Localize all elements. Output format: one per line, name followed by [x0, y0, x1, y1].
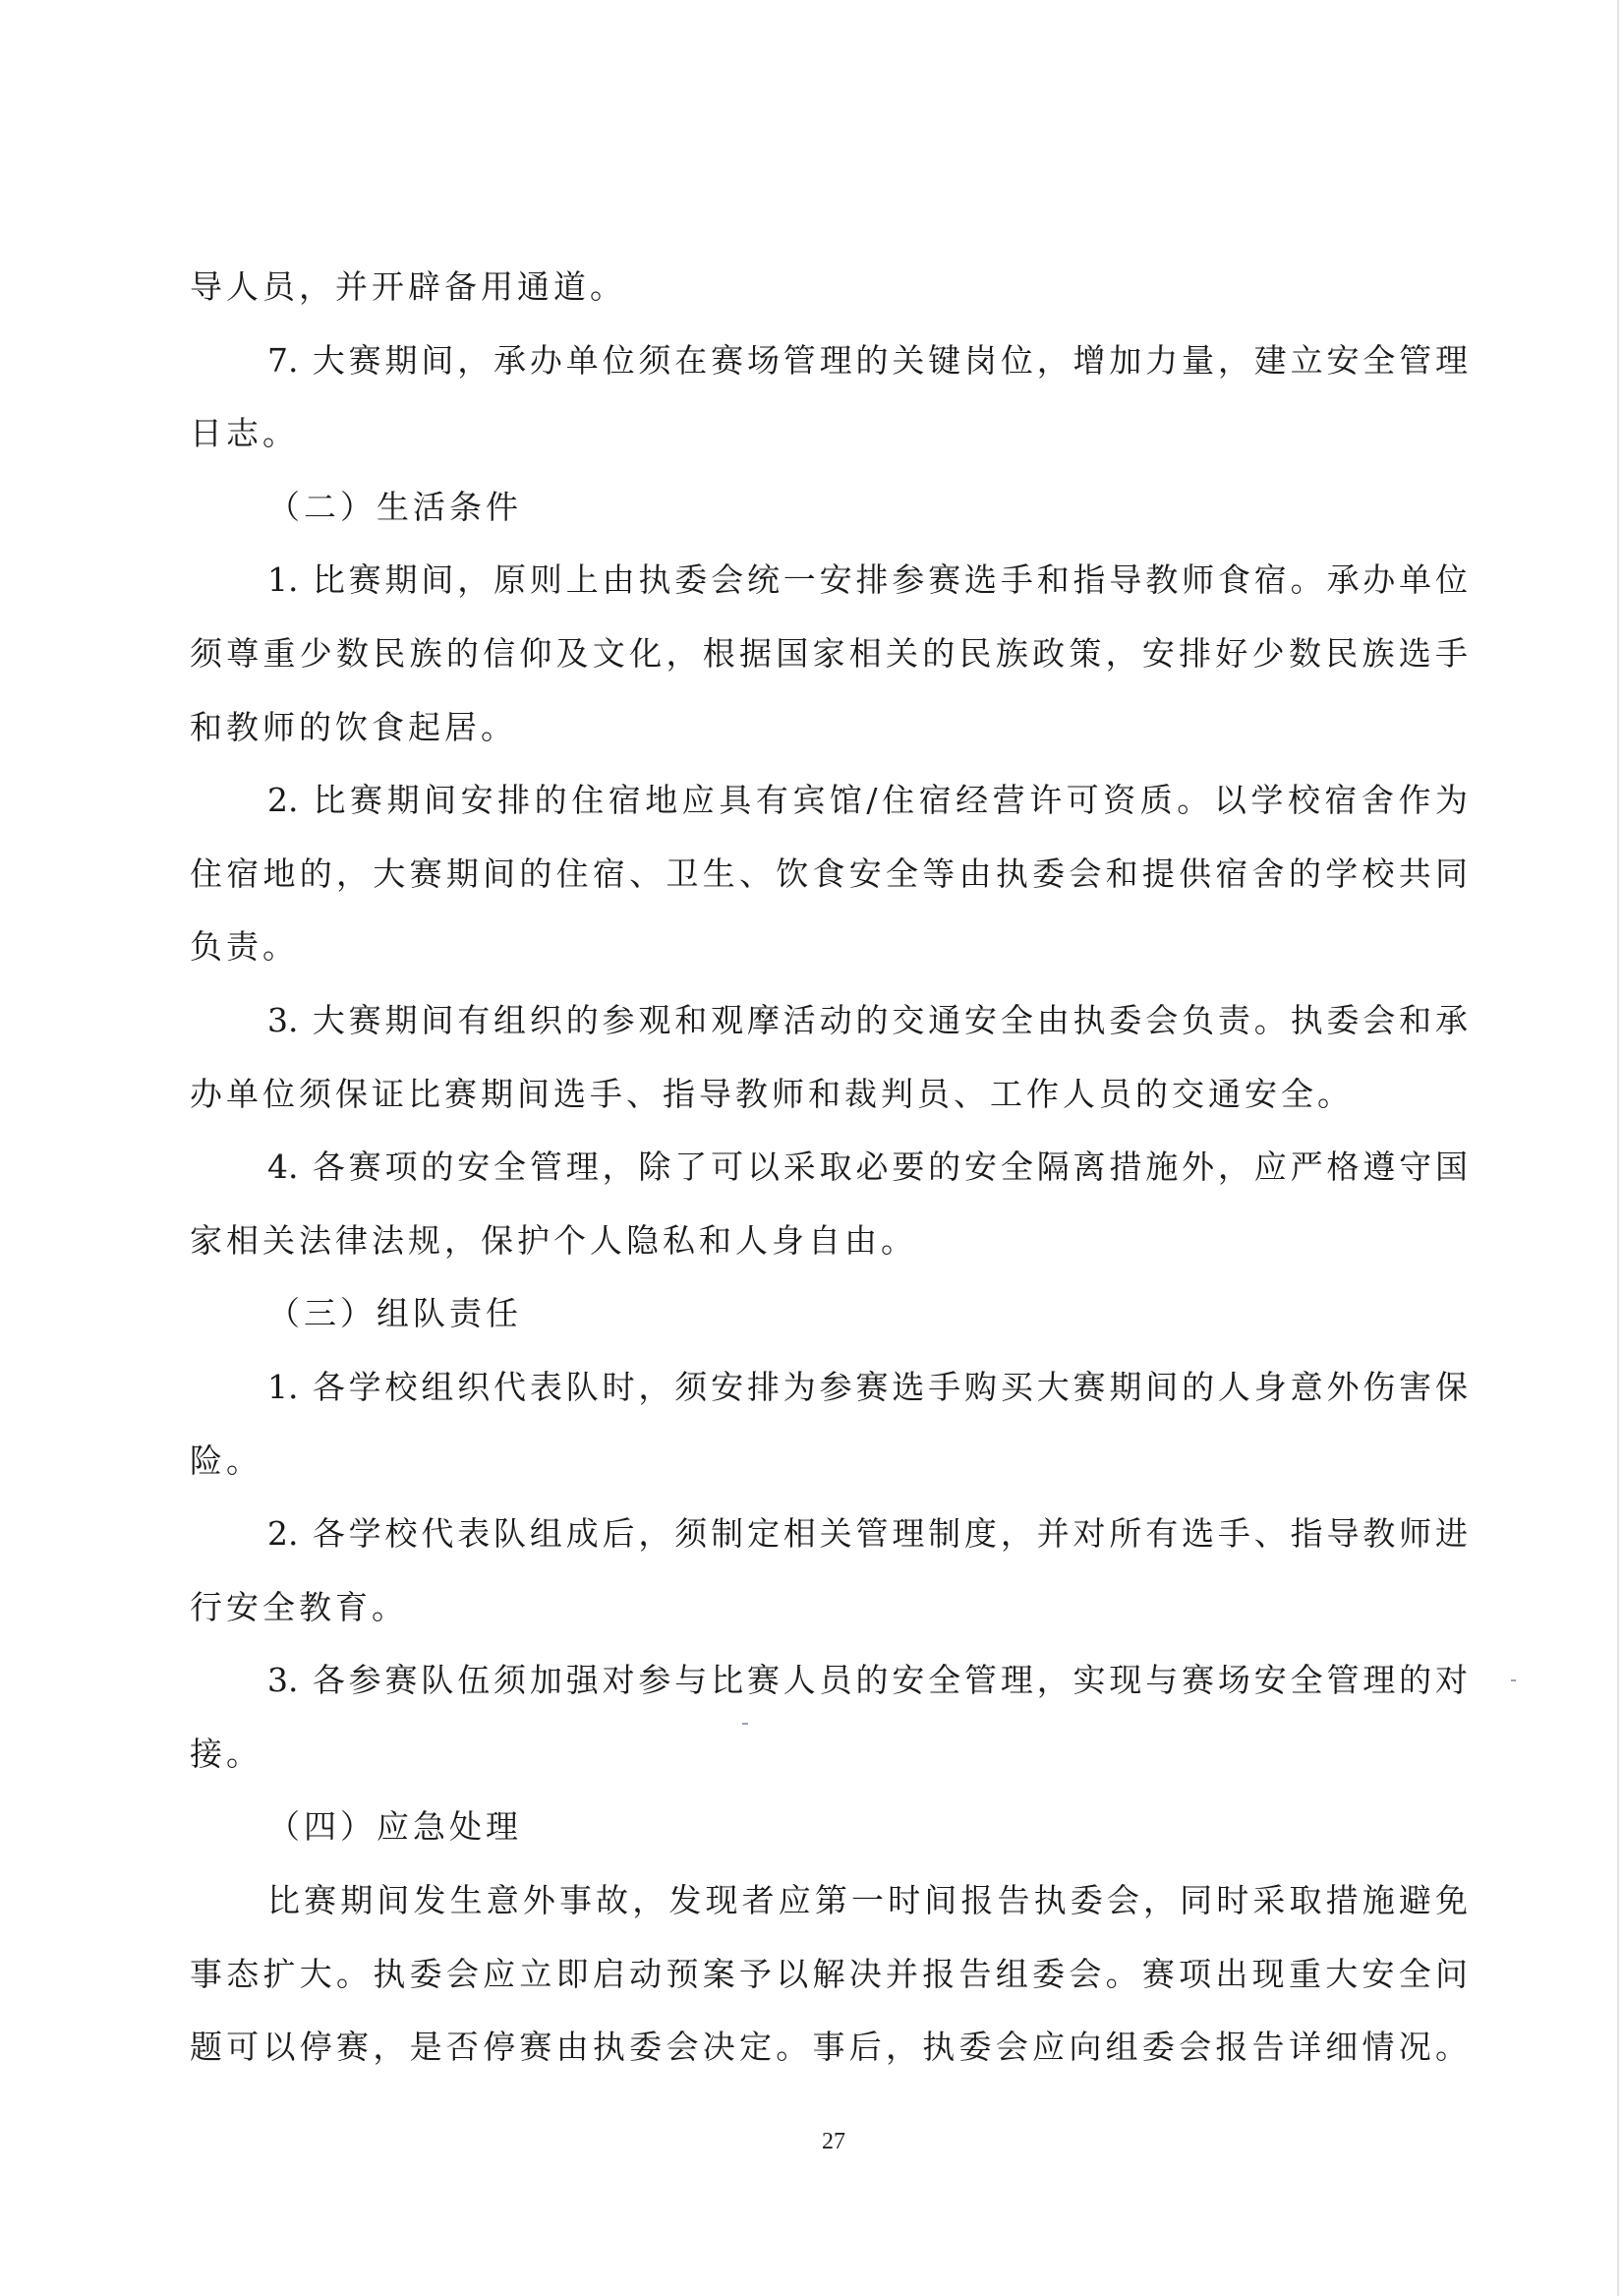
text-line: 3. 各参赛队伍须加强对参与比赛人员的安全管理，实现与赛场安全管理的对	[190, 1644, 1468, 1718]
text-line: 险。	[190, 1425, 1468, 1499]
scan-speck	[742, 1723, 748, 1725]
section-heading: （四）应急处理	[190, 1791, 1468, 1864]
text-line: 负责。	[190, 911, 1468, 984]
text-line: 1. 比赛期间，原则上由执委会统一安排参赛选手和指导教师食宿。承办单位	[190, 544, 1468, 618]
scan-border	[1617, 0, 1619, 2296]
text-line: 3. 大赛期间有组织的参观和观摩活动的交通安全由执委会负责。执委会和承	[190, 984, 1468, 1058]
text-line: 日志。	[190, 397, 1468, 471]
text-line: 行安全教育。	[190, 1571, 1468, 1645]
text-line: 7. 大赛期间，承办单位须在赛场管理的关键岗位，增加力量，建立安全管理	[190, 324, 1468, 398]
text-line: 题可以停赛，是否停赛由执委会决定。事后，执委会应向组委会报告详细情况。	[190, 2011, 1468, 2085]
text-line: 4. 各赛项的安全管理，除了可以采取必要的安全隔离措施外，应严格遵守国	[190, 1131, 1468, 1205]
page-number: 27	[814, 2129, 853, 2155]
scan-speck	[1511, 1679, 1516, 1681]
section-heading: （二）生活条件	[190, 471, 1468, 545]
text-line: 须尊重少数民族的信仰及文化，根据国家相关的民族政策，安排好少数民族选手	[190, 618, 1468, 691]
text-line: 接。	[190, 1718, 1468, 1792]
text-line: 住宿地的，大赛期间的住宿、卫生、饮食安全等由执委会和提供宿舍的学校共同	[190, 838, 1468, 912]
body-text: 导人员，并开辟备用通道。 7. 大赛期间，承办单位须在赛场管理的关键岗位，增加力…	[190, 251, 1468, 2085]
text-line: 比赛期间发生意外事故，发现者应第一时间报告执委会，同时采取措施避免	[190, 1864, 1468, 1938]
section-heading: （三）组队责任	[190, 1277, 1468, 1351]
text-line: 办单位须保证比赛期间选手、指导教师和裁判员、工作人员的交通安全。	[190, 1058, 1468, 1132]
text-line: 1. 各学校组织代表队时，须安排为参赛选手购买大赛期间的人身意外伤害保	[190, 1351, 1468, 1425]
text-line: 家相关法律法规，保护个人隐私和人身自由。	[190, 1205, 1468, 1278]
text-line: 2. 比赛期间安排的住宿地应具有宾馆/住宿经营许可资质。以学校宿舍作为	[190, 764, 1468, 838]
text-line: 2. 各学校代表队组成后，须制定相关管理制度，并对所有选手、指导教师进	[190, 1498, 1468, 1571]
document-page: 导人员，并开辟备用通道。 7. 大赛期间，承办单位须在赛场管理的关键岗位，增加力…	[0, 0, 1623, 2296]
text-line: 事态扩大。执委会应立即启动预案予以解决并报告组委会。赛项出现重大安全问	[190, 1938, 1468, 2012]
text-line: 导人员，并开辟备用通道。	[190, 251, 1468, 324]
text-line: 和教师的饮食起居。	[190, 691, 1468, 765]
